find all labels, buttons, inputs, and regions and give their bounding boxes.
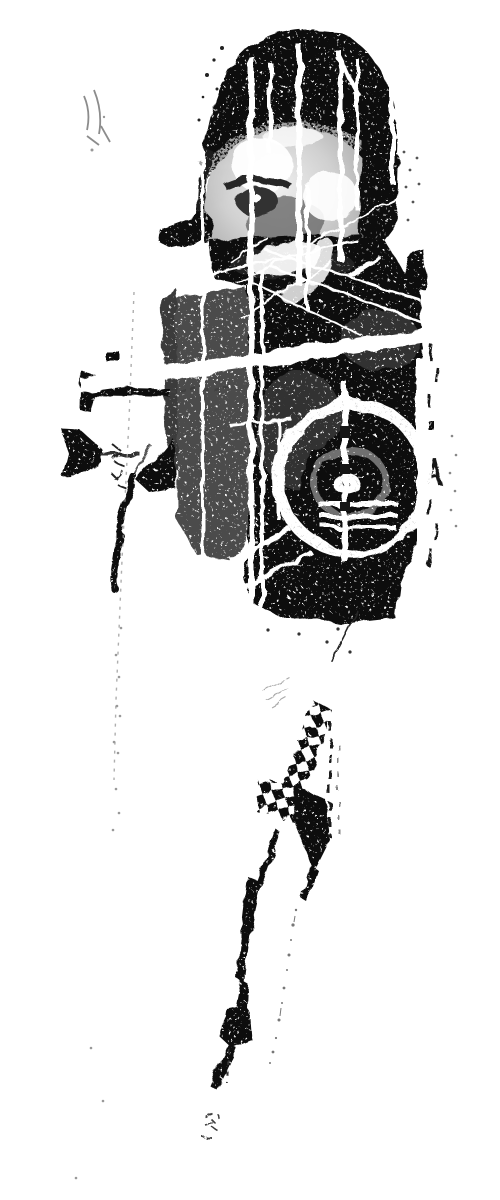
streak-hat-1 <box>268 62 272 154</box>
streak-left-face <box>201 150 205 560</box>
streak-main <box>248 56 254 612</box>
gap-right-column <box>422 350 427 546</box>
bell-stripe-2 <box>320 514 398 519</box>
streak-hat-2 <box>338 52 343 262</box>
streak-chest <box>277 420 281 520</box>
streak-torso-right <box>416 358 422 546</box>
figure-artwork-svg <box>0 0 500 1200</box>
streak-hat-3 <box>355 58 359 210</box>
cable-tip <box>112 586 120 594</box>
streak-main-b <box>260 270 264 610</box>
left-bar-cap <box>106 352 120 361</box>
bell-stripe-1 <box>318 502 398 507</box>
highlight-blob-right <box>303 171 357 221</box>
streak-hat-right <box>390 86 395 184</box>
bell-stripe-3 <box>322 525 396 529</box>
artwork <box>0 0 500 1200</box>
